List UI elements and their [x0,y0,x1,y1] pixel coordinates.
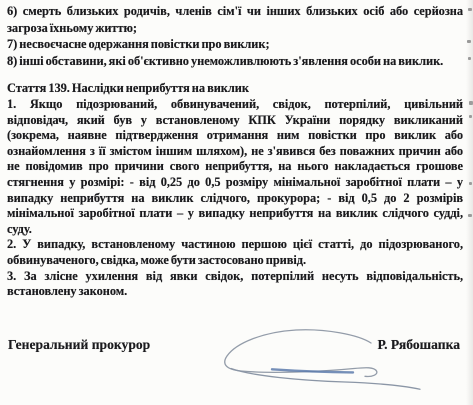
text-line: 6) смерть близьких родичів, членів сім'ї… [7,3,463,20]
text-line: випадку неприбуття на виклик слідчого, п… [7,191,463,207]
document-page: 6) смерть близьких родичів, членів сім'ї… [0,0,473,405]
text-line: обвинуваченого, свідка, може бути застос… [7,253,463,269]
text-line: 7) несвоєчасне одержання повістки про ви… [7,36,463,53]
scan-artifact [468,214,472,217]
scan-artifact [469,115,472,118]
text-line: 8) інші обставини, які об'єктивно унемож… [7,53,463,70]
text-line: мінімальної заробітної плати – у випадку… [7,206,463,222]
signature-tail-stroke [231,369,420,390]
text-line: стягнення у розмірі: - від 0,25 до 0,5 р… [7,175,463,191]
scan-artifact [467,40,471,43]
text-line: 3. За злісне ухилення від явки свідок, п… [7,269,463,285]
reasons-list-block: 6) смерть близьких родичів, членів сім'ї… [7,3,463,69]
text-line: відповідач, який був у встановленому КПК… [7,113,463,129]
signature-dark-stroke [272,369,353,372]
scan-artifact [469,182,472,185]
signature-row: Генеральний прокурор Р. Рябошапка [8,337,460,353]
article-heading: Стаття 139. Наслідки неприбуття на викли… [7,81,463,97]
text-line: ознайомлення з її змістом іншим шляхом),… [7,144,463,160]
text-line: суду. [7,222,463,238]
text-line: (зокрема, наявне підтвердження отримання… [7,128,463,144]
signer-name: Р. Рябошапка [378,337,460,353]
signer-title: Генеральний прокурор [8,337,150,353]
article-139-block: Стаття 139. Наслідки неприбуття на викли… [7,81,463,299]
text-line: не повідомив про причини свого неприбутт… [7,159,463,175]
document-body: 6) смерть близьких родичів, членів сім'ї… [7,3,463,300]
scan-artifact [468,8,472,11]
text-line: 1. Якщо підозрюваний, обвинувачений, сві… [7,97,463,113]
text-line: встановлену законом. [7,284,463,300]
scan-artifact [468,57,471,60]
text-line: загроза їхньому життю; [7,20,463,37]
scan-artifact [469,101,473,105]
text-line: 2. У випадку, встановленому частиною пер… [7,237,463,253]
